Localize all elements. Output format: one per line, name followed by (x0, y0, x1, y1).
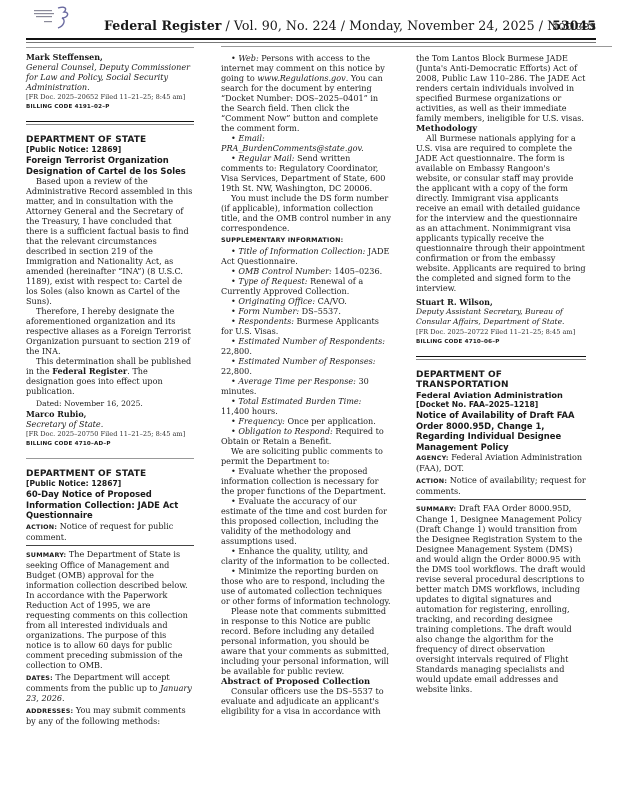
federal-register-ref: Federal Register (52, 366, 127, 376)
section-separator (26, 121, 194, 125)
supp-item: • Respondents: Burmese Applicants for U.… (221, 316, 391, 336)
header-rule (26, 38, 596, 40)
eval-item: • Enhance the quality, utility, and clar… (221, 546, 391, 566)
body-paragraph: You must include the DS form number (if … (221, 193, 391, 233)
billing-code: BILLING CODE 4710–AD–P (26, 439, 194, 449)
signer-title: General Counsel, Deputy Commissioner for… (26, 62, 194, 92)
supp-item: • Estimated Number of Respondents: 22,80… (221, 336, 391, 356)
body-paragraph: All Burmese nationals applying for a U.S… (416, 133, 586, 293)
issue-info: / Vol. 90, No. 224 / Monday, November 24… (221, 18, 596, 33)
addresses-paragraph: ADDRESSES: You may submit comments by an… (26, 705, 194, 726)
public-notice-number: [Public Notice: 12869] (26, 145, 194, 155)
page-header: Federal Register / Vol. 90, No. 224 / Mo… (26, 6, 596, 36)
body-paragraph: Based upon a review of the Administrativ… (26, 176, 194, 306)
supp-item: • Title of Information Collection: JADE … (221, 246, 391, 266)
supp-item: • Type of Request: Renewal of a Currentl… (221, 276, 391, 296)
docket-number: [Docket No. FAA–2025–1218] (416, 400, 586, 410)
document-title: Foreign Terrorist Organization Designati… (26, 155, 194, 176)
regulations-link[interactable]: www.Regulations.gov (257, 73, 345, 83)
summary-paragraph: SUMMARY: The Department of State is seek… (26, 549, 194, 670)
supp-item: • Average Time per Response: 30 minutes. (221, 376, 391, 396)
column-2: • Web: Persons with access to the intern… (221, 53, 391, 716)
billing-code: BILLING CODE 4191–02–P (26, 102, 194, 112)
eval-item: • Evaluate the accuracy of our estimate … (221, 496, 391, 546)
body-paragraph: We are soliciting public comments to per… (221, 446, 391, 466)
supp-item: • Estimated Number of Responses: 22,800. (221, 356, 391, 376)
agency-heading: Federal Aviation Administration (416, 390, 586, 400)
method-mail: • Regular Mail: Send written comments to… (221, 153, 391, 193)
email-link[interactable]: Email: PRA_BurdenComments@state.gov. (221, 133, 364, 153)
fr-doc-citation: [FR Doc. 2025–20750 Filed 11–21–25; 8:45… (26, 429, 194, 439)
signer-name: Stuart R. Wilson, (416, 297, 586, 307)
header-rule-thin (26, 42, 596, 43)
rule (416, 499, 586, 500)
section-heading: Abstract of Proposed Collection (221, 676, 391, 686)
signer-name: Marco Rubio, (26, 409, 194, 419)
supp-item: • Frequency: Once per application. (221, 416, 391, 426)
supp-item: • Originating Office: CA/VO. (221, 296, 391, 306)
rule (26, 545, 194, 546)
column-3: the Tom Lantos Block Burmese JADE (Junta… (416, 53, 586, 694)
action-paragraph: ACTION: Notice of availability; request … (416, 475, 586, 496)
column-1: Mark Steffensen, General Counsel, Deputy… (26, 53, 194, 726)
section-separator (416, 356, 586, 360)
body-paragraph: This determination shall be published in… (26, 356, 194, 396)
summary-paragraph: SUMMARY: Draft FAA Order 8000.95D, Chang… (416, 503, 586, 694)
dated-line: Dated: November 16, 2025. (26, 399, 194, 409)
public-notice-number: [Public Notice: 12867] (26, 479, 194, 489)
supp-item: • Obligation to Respond: Required to Obt… (221, 426, 391, 446)
billing-code: BILLING CODE 4710–06–P (416, 337, 586, 347)
document-title: Notice of Availability of Draft FAA Orde… (416, 410, 586, 452)
supp-item: • Total Estimated Burden Time: 11,400 ho… (221, 396, 391, 416)
signer-title: Deputy Assistant Secretary, Bureau of Co… (416, 307, 586, 327)
signer-title: Secretary of State. (26, 419, 194, 429)
agency-paragraph: AGENCY: Federal Aviation Administration … (416, 452, 586, 473)
column-top-rule (221, 46, 612, 47)
page-number: 53045 (552, 18, 596, 33)
body-paragraph: Therefore, I hereby designate the aforem… (26, 306, 194, 356)
publication-name: Federal Register (104, 18, 221, 33)
fr-doc-citation: [FR Doc. 2025–20652 Filed 11–21–25; 8:45… (26, 92, 194, 102)
eval-item: • Minimize the reporting burden on those… (221, 566, 391, 606)
section-separator (26, 458, 194, 459)
department-heading: DEPARTMENT OF STATE (26, 469, 194, 479)
supplementary-heading: SUPPLEMENTARY INFORMATION: (221, 235, 391, 245)
body-paragraph: the Tom Lantos Block Burmese JADE (Junta… (416, 53, 586, 123)
supplementary-list: • Title of Information Collection: JADE … (221, 246, 391, 446)
method-web: • Web: Persons with access to the intern… (221, 53, 391, 133)
section-heading: Methodology (416, 123, 586, 133)
eval-item: • Evaluate whether the proposed informat… (221, 466, 391, 496)
fr-doc-citation: [FR Doc. 2025–20722 Filed 11–21–25; 8:45… (416, 327, 586, 337)
column-divider (26, 47, 194, 48)
method-email: • Email: PRA_BurdenComments@state.gov. (221, 133, 391, 153)
body-paragraph: Consular officers use the DS–5537 to eva… (221, 686, 391, 716)
action-paragraph: ACTION: Notice of request for public com… (26, 521, 194, 542)
document-title: 60-Day Notice of Proposed Information Co… (26, 489, 194, 521)
department-heading: DEPARTMENT OF STATE (26, 135, 194, 145)
supp-item: • Form Number: DS–5537. (221, 306, 391, 316)
dates-paragraph: DATES: The Department will accept commen… (26, 672, 194, 703)
body-paragraph: Please note that comments submitted in r… (221, 606, 391, 676)
department-heading: DEPARTMENT OF TRANSPORTATION (416, 370, 586, 390)
signer-name: Mark Steffensen, (26, 52, 194, 62)
supp-item: • OMB Control Number: 1405–0236. (221, 266, 391, 276)
header-title: Federal Register / Vol. 90, No. 224 / Mo… (104, 18, 596, 33)
